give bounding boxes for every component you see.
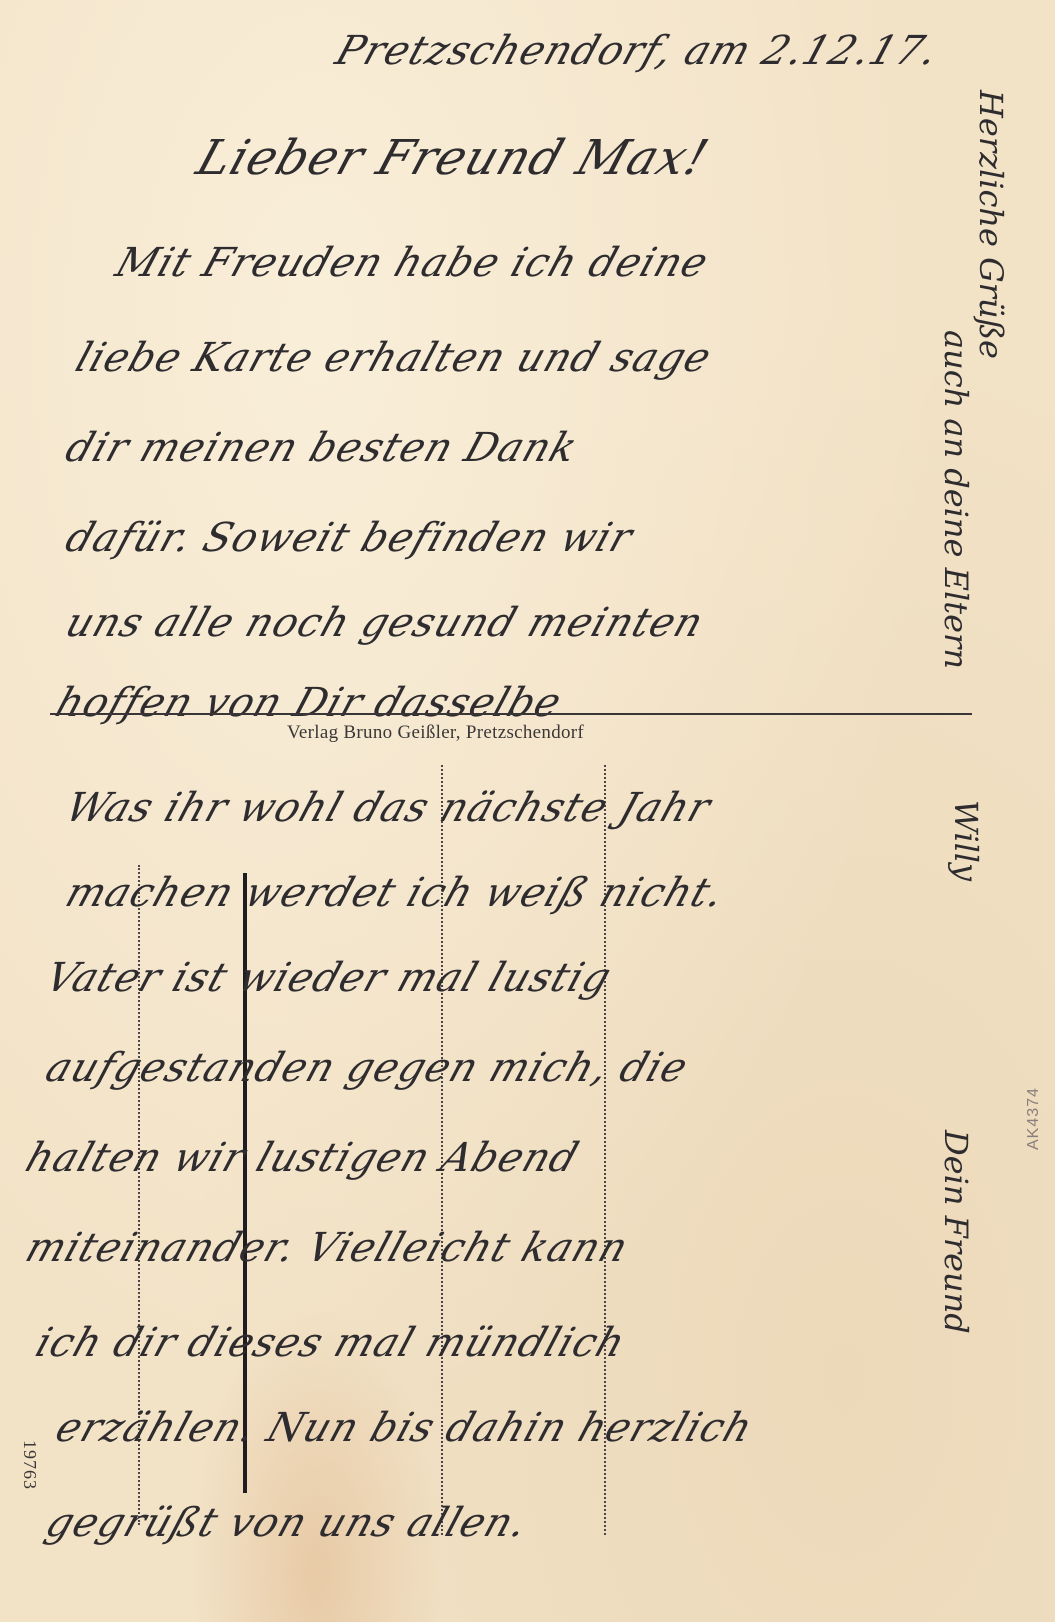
body-line: Was ihr wohl das nächste Jahr	[60, 785, 717, 831]
pencil-catalog-note: AK4374	[1025, 1087, 1043, 1150]
signature: Willy	[947, 800, 985, 881]
body-line: aufgestanden gegen mich, die	[40, 1045, 694, 1091]
body-line: Mit Freuden habe ich deine	[110, 240, 714, 286]
margin-note: auch an deine Eltern	[937, 330, 975, 669]
horizontal-divider	[50, 713, 972, 715]
body-line: dafür. Soweit befinden wir	[60, 515, 639, 561]
greeting: Lieber Freund Max!	[190, 130, 716, 186]
body-line: miteinander. Vielleicht kann	[20, 1225, 634, 1271]
margin-note: Herzliche Grüße	[972, 90, 1010, 359]
printed-serial-number: 19763	[19, 1440, 40, 1490]
body-line: dir meinen besten Dank	[60, 425, 583, 471]
body-line: liebe Karte erhalten und sage	[70, 335, 717, 381]
body-line: halten wir lustigen Abend	[20, 1135, 585, 1181]
body-line: gegrüßt von uns allen.	[40, 1500, 534, 1546]
margin-note: Dein Freund	[937, 1130, 975, 1334]
date-line: Pretzschendorf, am 2.12.17.	[330, 28, 944, 74]
body-line: Vater ist wieder mal lustig	[40, 955, 617, 1001]
body-line: uns alle noch gesund meinten	[60, 600, 710, 646]
body-line: erzählen. Nun bis dahin herzlich	[50, 1405, 759, 1451]
postcard-back: Pretzschendorf, am 2.12.17. Lieber Freun…	[0, 0, 1055, 1622]
publisher-imprint: Verlag Bruno Geißler, Pretzschendorf	[287, 722, 584, 744]
body-line: hoffen von Dir dasselbe	[50, 680, 568, 726]
body-line: machen werdet ich weiß nicht.	[60, 870, 730, 916]
body-line: ich dir dieses mal mündlich	[30, 1320, 631, 1366]
